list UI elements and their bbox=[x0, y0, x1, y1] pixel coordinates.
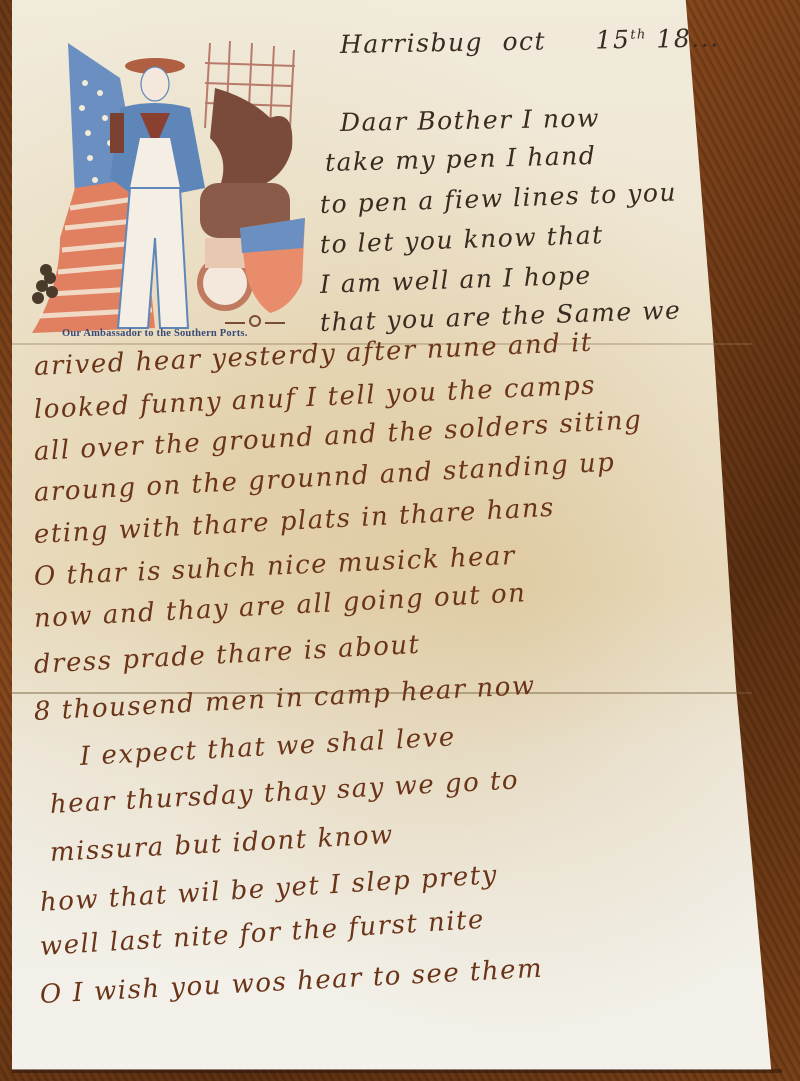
patriotic-illustration bbox=[30, 38, 310, 338]
ornament-icon bbox=[225, 316, 285, 326]
dateline-year: 18... bbox=[656, 23, 720, 53]
dateline-day: 15 bbox=[595, 25, 630, 55]
paper-shadow bbox=[12, 1069, 782, 1073]
eagle-icon bbox=[210, 88, 292, 188]
dateline-place: Harrisbug bbox=[340, 28, 484, 59]
dateline-month: oct bbox=[502, 26, 546, 56]
letter-line: Daar Bother I now bbox=[340, 103, 600, 137]
shield-icon bbox=[240, 218, 305, 313]
illustration-caption: Our Ambassador to the Southern Ports. bbox=[62, 328, 248, 339]
dateline-day-suffix: th bbox=[630, 27, 647, 42]
